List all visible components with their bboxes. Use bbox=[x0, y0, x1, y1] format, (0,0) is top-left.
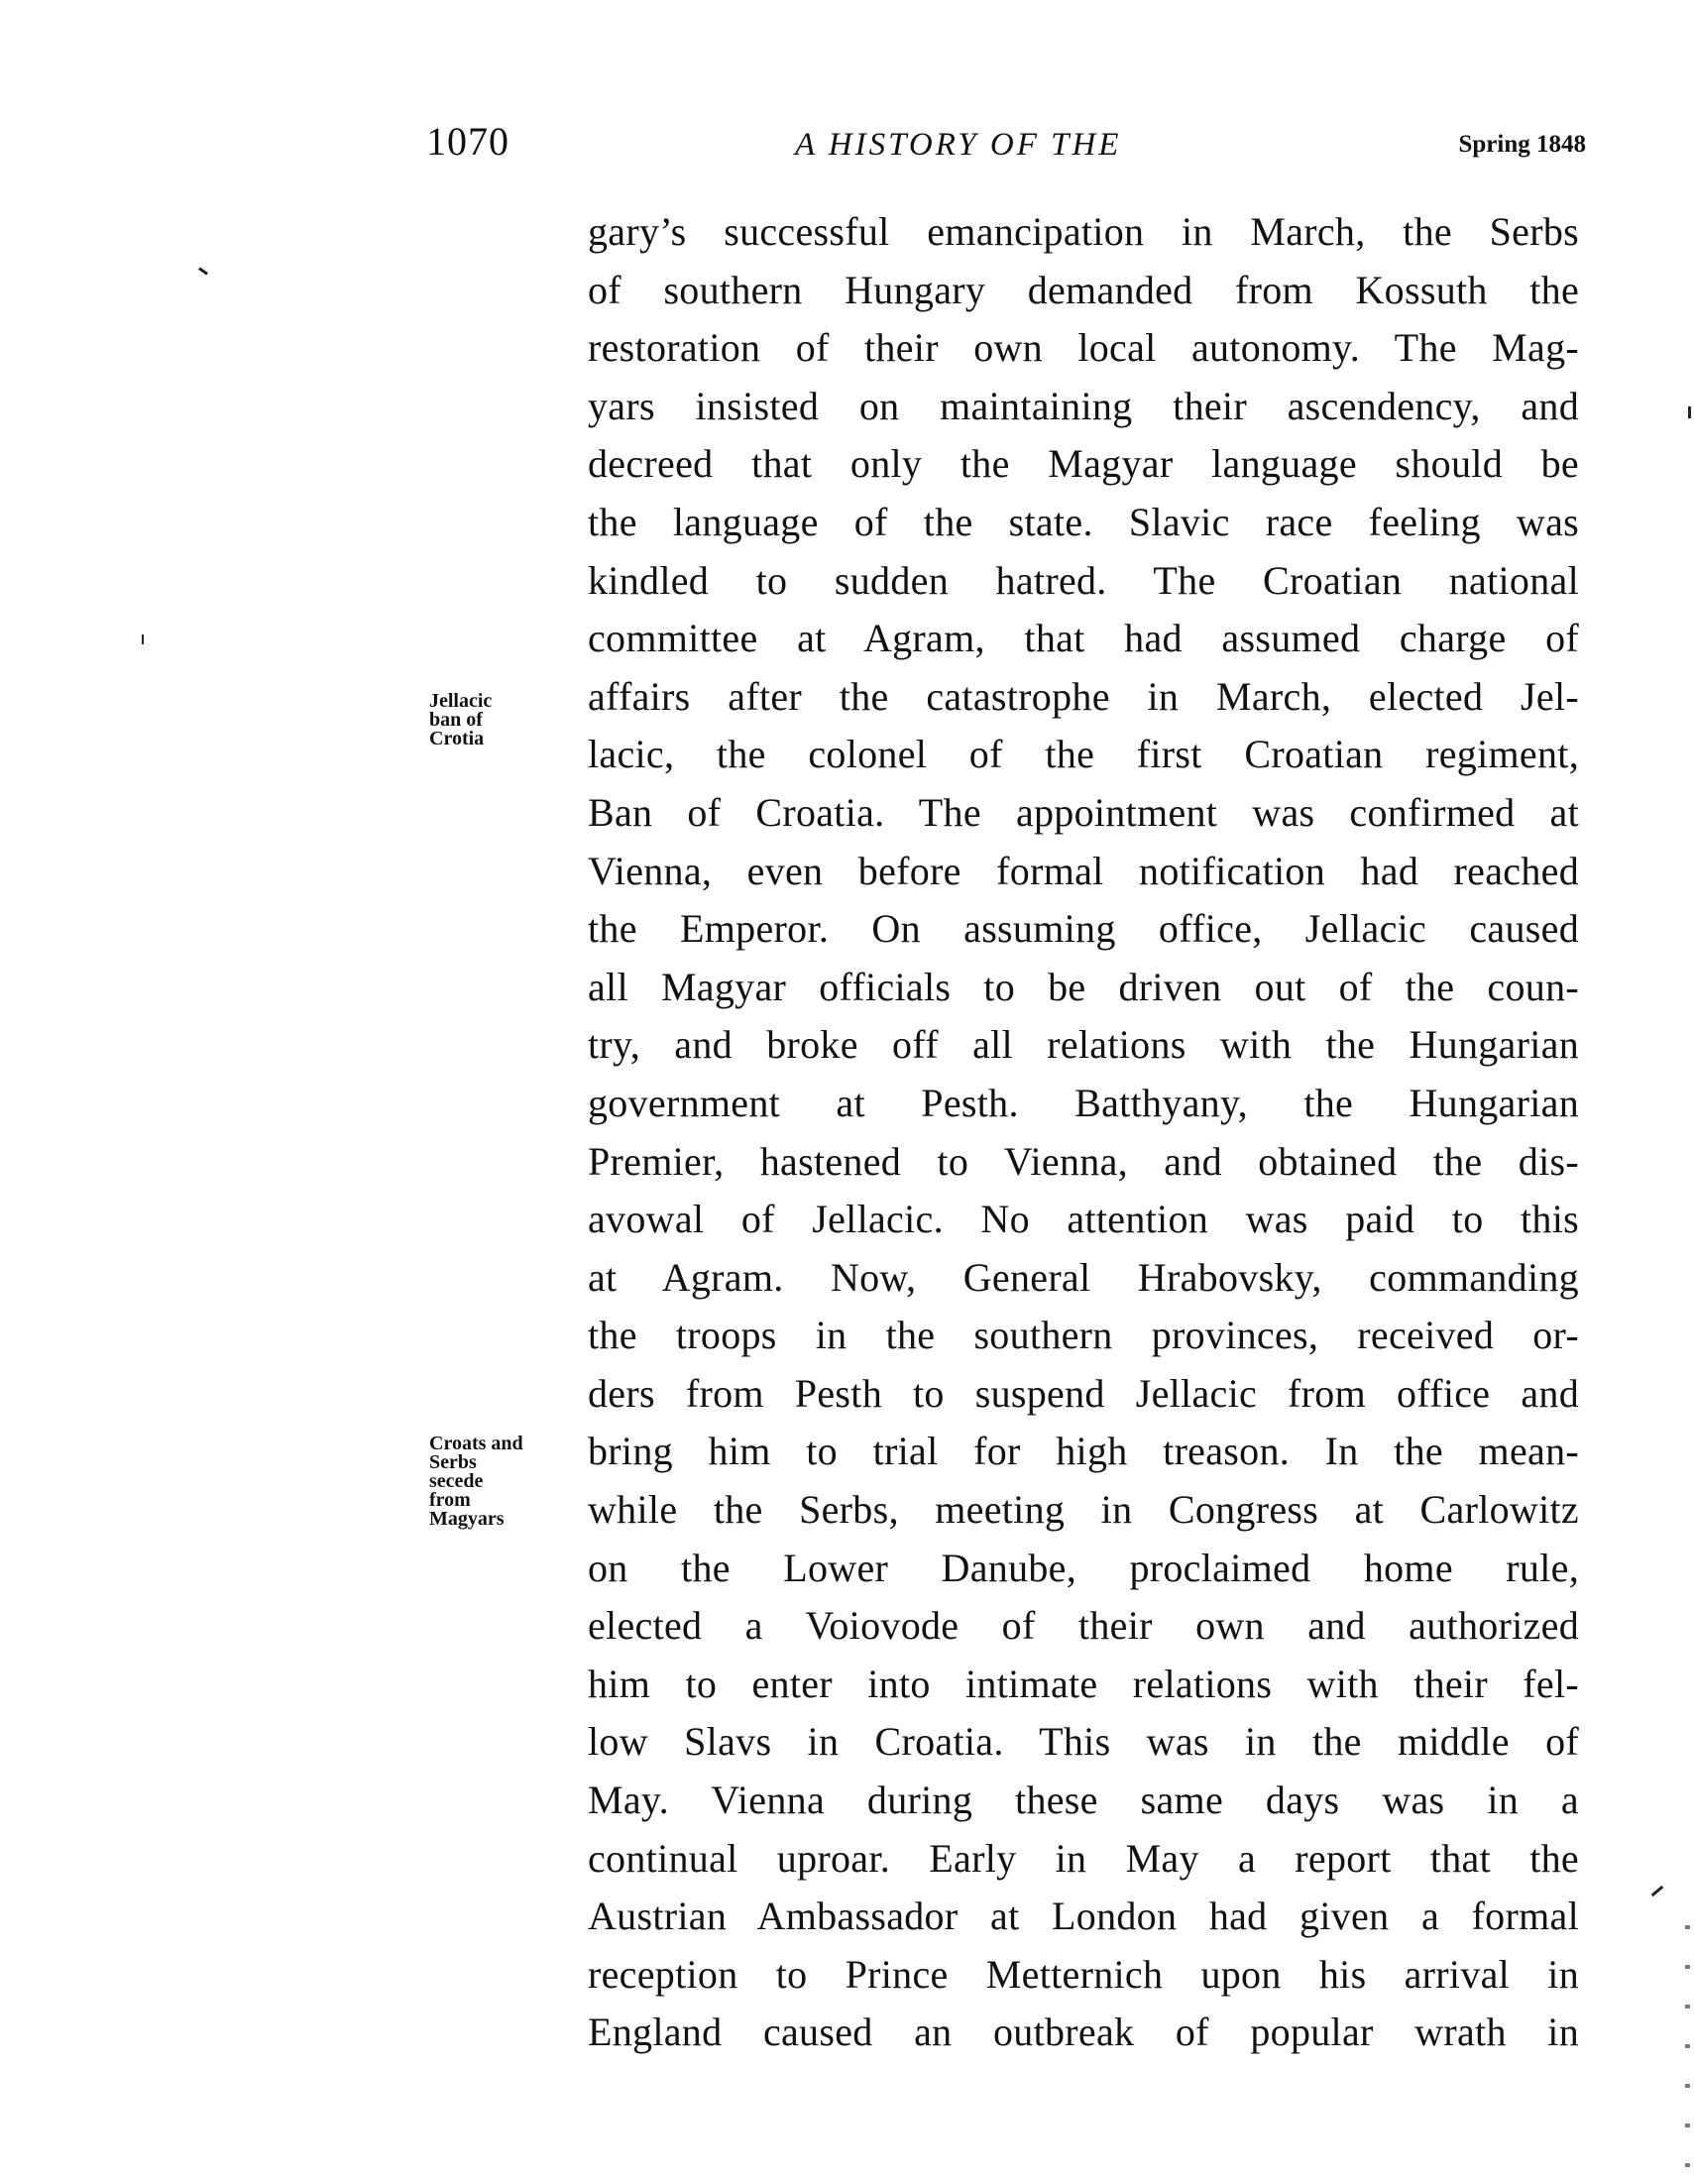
text-line: continual uproar. Early in May a report … bbox=[588, 1830, 1579, 1889]
scan-speck bbox=[1651, 1886, 1664, 1897]
text-line: Vienna, even before formal notification … bbox=[588, 843, 1579, 901]
page-number: 1070 bbox=[426, 117, 509, 167]
text-line: the language of the state. Slavic race f… bbox=[588, 494, 1579, 552]
text-line: avowal of Jellacic. No attention was pai… bbox=[588, 1191, 1579, 1249]
text-line: Ban of Croatia. The appointment was conf… bbox=[588, 784, 1579, 843]
text-line: on the Lower Danube, proclaimed home rul… bbox=[588, 1540, 1579, 1598]
book-page: 1070 A HISTORY OF THE Spring 1848 Jellac… bbox=[0, 0, 1694, 2184]
text-line: lacic, the colonel of the first Croatian… bbox=[588, 726, 1579, 784]
text-line: gary’s successful emancipation in March,… bbox=[588, 203, 1579, 262]
text-line: all Magyar officials to be driven out of… bbox=[588, 959, 1579, 1017]
scan-speck bbox=[142, 634, 144, 644]
text-line: ders from Pesth to suspend Jellacic from… bbox=[588, 1365, 1579, 1424]
running-header: 1070 A HISTORY OF THE Spring 1848 bbox=[426, 117, 1586, 167]
text-line: May. Vienna during these same days was i… bbox=[588, 1772, 1579, 1830]
text-line: England caused an outbreak of popular wr… bbox=[588, 2004, 1579, 2062]
text-line: committee at Agram, that had assumed cha… bbox=[588, 610, 1579, 668]
running-date-note: Spring 1848 bbox=[1458, 120, 1586, 170]
text-line: of southern Hungary demanded from Kossut… bbox=[588, 262, 1579, 320]
sidenote-line: Magyars bbox=[429, 1510, 523, 1529]
sidenote-jellacic-ban: Jellacic ban of Crotia bbox=[429, 692, 492, 748]
text-line: kindled to sudden hatred. The Croatian n… bbox=[588, 552, 1579, 611]
text-line: government at Pesth. Batthyany, the Hung… bbox=[588, 1075, 1579, 1133]
text-line: reception to Prince Metternich upon his … bbox=[588, 1946, 1579, 2005]
text-line: decreed that only the Magyar language sh… bbox=[588, 435, 1579, 494]
text-line: him to enter into intimate relations wit… bbox=[588, 1656, 1579, 1714]
text-line: at Agram. Now, General Hrabovsky, comman… bbox=[588, 1249, 1579, 1308]
body-text: gary’s successful emancipation in March,… bbox=[588, 203, 1579, 2062]
scan-speck bbox=[1688, 406, 1691, 418]
text-line: while the Serbs, meeting in Congress at … bbox=[588, 1481, 1579, 1540]
sidenote-line: Crotia bbox=[429, 730, 492, 748]
scan-edge-marks bbox=[1685, 1903, 1690, 2181]
sidenote-croats-serbs-secede: Croats and Serbs secede from Magyars bbox=[429, 1435, 523, 1529]
text-line: affairs after the catastrophe in March, … bbox=[588, 668, 1579, 727]
text-line: yars insisted on maintaining their ascen… bbox=[588, 378, 1579, 436]
text-line: restoration of their own local autonomy.… bbox=[588, 319, 1579, 378]
text-line: try, and broke off all relations with th… bbox=[588, 1016, 1579, 1075]
scan-speck bbox=[198, 267, 208, 275]
text-line: low Slavs in Croatia. This was in the mi… bbox=[588, 1713, 1579, 1772]
text-line: Premier, hastened to Vienna, and obtaine… bbox=[588, 1133, 1579, 1192]
text-line: bring him to trial for high treason. In … bbox=[588, 1423, 1579, 1481]
text-line: Austrian Ambassador at London had given … bbox=[588, 1888, 1579, 1946]
running-title: A HISTORY OF THE bbox=[795, 120, 1121, 170]
text-line: the troops in the southern provinces, re… bbox=[588, 1307, 1579, 1365]
text-line: the Emperor. On assuming office, Jellaci… bbox=[588, 900, 1579, 959]
text-line: elected a Voiovode of their own and auth… bbox=[588, 1597, 1579, 1656]
